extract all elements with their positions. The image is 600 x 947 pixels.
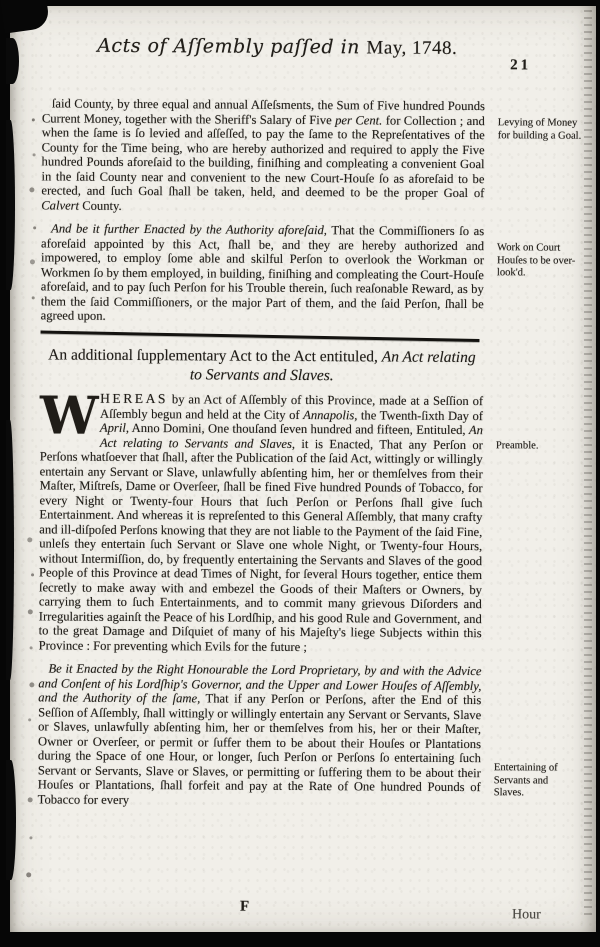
running-head-title: Acts of Aſſembly paſſed in May, 1748. — [57, 35, 497, 61]
preamble-text: HEREAS by an Act of Aſſembly of this Pro… — [39, 392, 484, 654]
drop-cap-w: W — [40, 393, 96, 439]
page-number: 21 — [510, 57, 531, 74]
catchword: Hour — [512, 907, 541, 923]
paragraph-court-house-work: And be it further Enacted by the Authori… — [41, 221, 485, 325]
bleed-through-marks — [32, 118, 35, 121]
paragraph-whereas-preamble: WHEREAS by an Act of Aſſembly of this Pr… — [39, 391, 484, 655]
margin-note-levying-money: Levying of Money for building a Goal. — [498, 117, 582, 143]
paragraph-goal-levy: ſaid County, by three equal and annual A… — [41, 96, 485, 215]
section-heading: An additional ſupplementary Act to the A… — [40, 346, 483, 386]
section-divider-rule — [41, 330, 480, 341]
text-column: ſaid County, by three equal and annual A… — [38, 96, 485, 818]
margin-note-entertaining: Entertaining of Servants and Slaves. — [494, 762, 578, 800]
scanned-book-page: Acts of Aſſembly paſſed in May, 1748. 21… — [0, 0, 600, 947]
margin-note-preamble: Preamble. — [496, 440, 580, 453]
page-content: Acts of Aſſembly paſſed in May, 1748. 21… — [0, 0, 600, 947]
margin-note-court-house-work: Work on Court Houſes to be over-look'd. — [497, 242, 581, 280]
signature-mark: F — [240, 899, 249, 916]
paragraph-be-it-enacted: Be it Enacted by the Right Honourable th… — [38, 661, 482, 809]
